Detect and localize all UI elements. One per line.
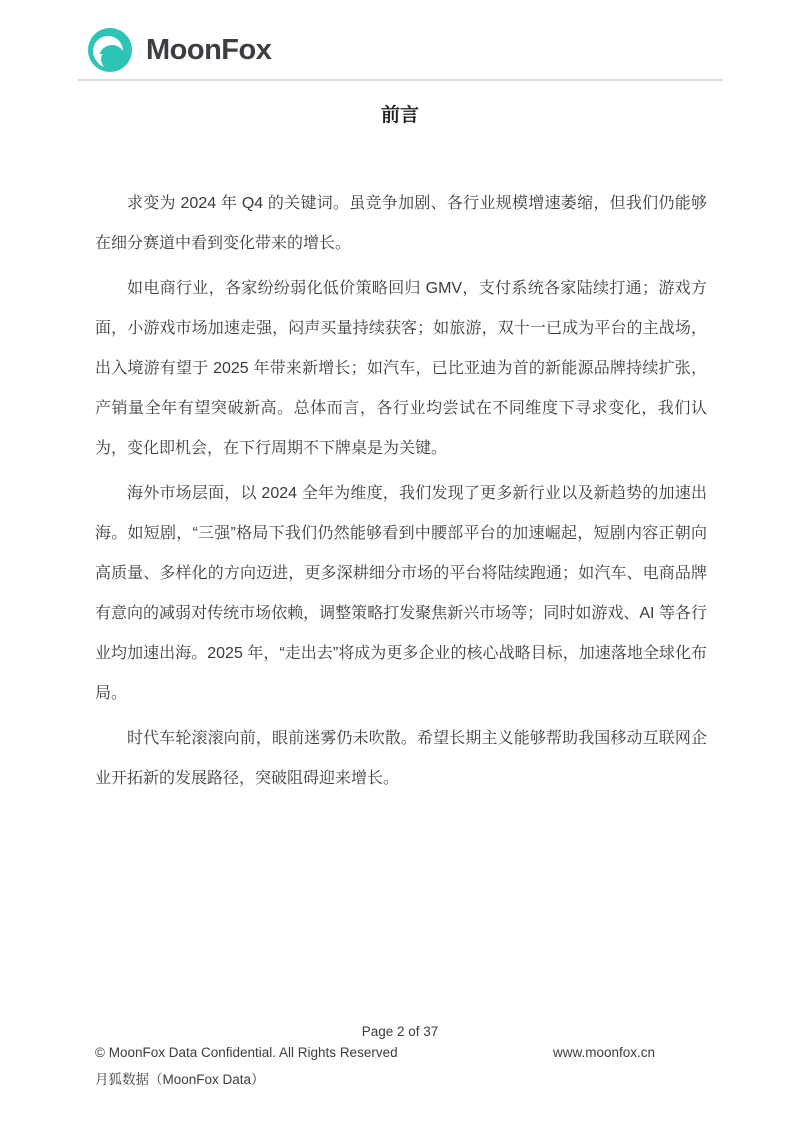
website-link[interactable]: www.moonfox.cn — [553, 1045, 655, 1060]
brand-wordmark: MoonFox — [146, 28, 271, 72]
document-page: MoonFox 前言 求变为 2024 年 Q4 的关键词。虽竞争加剧、各行业规… — [0, 0, 800, 1132]
moonfox-logo-icon — [88, 28, 132, 72]
body-paragraph: 时代车轮滚滚向前，眼前迷雾仍未吹散。希望长期主义能够帮助我国移动互联网企业开拓新… — [95, 719, 707, 799]
body-paragraph: 求变为 2024 年 Q4 的关键词。虽竞争加剧、各行业规模增速萎缩，但我们仍能… — [95, 184, 707, 264]
header-divider — [78, 79, 723, 81]
page-number: Page 2 of 37 — [0, 1024, 800, 1039]
copyright-text: © MoonFox Data Confidential. All Rights … — [95, 1045, 398, 1060]
body-paragraph: 如电商行业，各家纷纷弱化低价策略回归 GMV，支付系统各家陆续打通；游戏方面，小… — [95, 269, 707, 469]
header: MoonFox — [88, 28, 271, 72]
body-content: 求变为 2024 年 Q4 的关键词。虽竞争加剧、各行业规模增速萎缩，但我们仍能… — [95, 184, 707, 804]
body-paragraph: 海外市场层面，以 2024 全年为维度，我们发现了更多新行业以及新趋势的加速出海… — [95, 474, 707, 714]
company-name: 月狐数据（MoonFox Data） — [95, 1068, 265, 1088]
page-title: 前言 — [0, 100, 800, 127]
